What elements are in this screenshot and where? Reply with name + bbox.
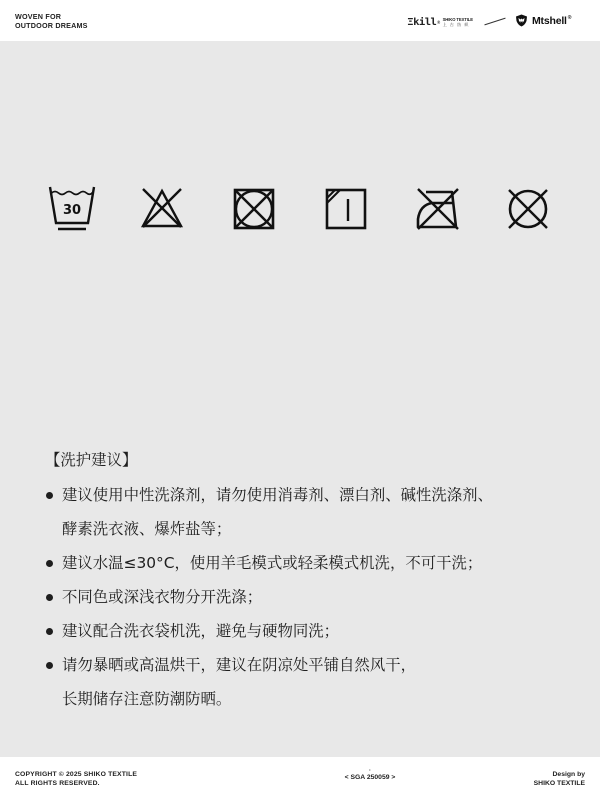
tagline-line-1: WOVEN FOR bbox=[15, 12, 88, 21]
brand-divider-slash bbox=[484, 18, 505, 26]
product-code-text: < SGA 250059 > bbox=[330, 774, 410, 782]
svg-text:30: 30 bbox=[63, 203, 81, 218]
care-line: 不同色或深浅衣物分开洗涤； bbox=[62, 587, 565, 621]
registered-mark: ® bbox=[568, 15, 571, 21]
bullet-icon bbox=[46, 662, 53, 669]
list-item: 建议水温≤30°C，使用羊毛模式或轻柔模式机洗，不可干洗； bbox=[45, 553, 565, 587]
bullet-icon bbox=[46, 560, 53, 567]
shiko-textile-logo: Ξkill ® SHIKO TEXTILE 上 古 纺 织 bbox=[408, 15, 473, 29]
design-line-1: Design by bbox=[534, 771, 585, 780]
care-line: 建议水温≤30°C，使用羊毛模式或轻柔模式机洗，不可干洗； bbox=[62, 553, 565, 587]
design-line-2: SHIKO TEXTILE bbox=[534, 780, 585, 789]
do-not-bleach-icon bbox=[138, 185, 186, 233]
mtshell-name: Mtshell® bbox=[532, 15, 571, 27]
copyright: COPYRIGHT © 2025 SHIKO TEXTILE ALL RIGHT… bbox=[15, 771, 137, 788]
product-code: · < SGA 250059 > bbox=[340, 769, 400, 782]
care-line: 建议使用中性洗涤剂，请勿使用消毒剂、漂白剂、碱性洗涤剂、 bbox=[62, 485, 565, 519]
list-item: 不同色或深浅衣物分开洗涤； bbox=[45, 587, 565, 621]
copyright-line-2: ALL RIGHTS RESERVED. bbox=[15, 780, 137, 789]
tagline: WOVEN FOR OUTDOOR DREAMS bbox=[15, 12, 88, 30]
care-symbols-row: 30 bbox=[0, 185, 600, 235]
do-not-dry-clean-icon bbox=[504, 185, 552, 233]
bullet-icon bbox=[46, 594, 53, 601]
mtshell-logo: Mtshell® bbox=[515, 14, 571, 27]
wash-30-icon: 30 bbox=[48, 185, 96, 233]
care-line: 酵素洗衣液、爆炸盐等； bbox=[62, 519, 565, 553]
care-title: 【洗护建议】 bbox=[45, 450, 137, 470]
care-line: 长期储存注意防潮防晒。 bbox=[62, 689, 565, 723]
footer: COPYRIGHT © 2025 SHIKO TEXTILE ALL RIGHT… bbox=[0, 757, 600, 799]
registered-mark: ® bbox=[437, 20, 441, 25]
copyright-line-1: COPYRIGHT © 2025 SHIKO TEXTILE bbox=[15, 771, 137, 780]
list-item: 建议配合洗衣袋机洗，避免与硬物同洗； bbox=[45, 621, 565, 655]
list-item: 建议使用中性洗涤剂，请勿使用消毒剂、漂白剂、碱性洗涤剂、 酵素洗衣液、爆炸盐等； bbox=[45, 485, 565, 553]
do-not-iron-icon bbox=[414, 185, 462, 233]
shiko-name-cn: 上 古 纺 织 bbox=[443, 22, 473, 27]
bullet-icon bbox=[46, 628, 53, 635]
header: WOVEN FOR OUTDOOR DREAMS Ξkill ® SHIKO T… bbox=[0, 0, 600, 41]
do-not-tumble-dry-icon bbox=[230, 185, 278, 233]
design-credit: Design by SHIKO TEXTILE bbox=[534, 771, 585, 788]
care-line: 请勿暴晒或高温烘干，建议在阴凉处平铺自然风干， bbox=[62, 655, 565, 689]
line-dry-in-shade-icon bbox=[322, 185, 370, 233]
tagline-line-2: OUTDOOR DREAMS bbox=[15, 21, 88, 30]
care-list: 建议使用中性洗涤剂，请勿使用消毒剂、漂白剂、碱性洗涤剂、 酵素洗衣液、爆炸盐等；… bbox=[45, 485, 565, 723]
shiko-logo-text: SHIKO TEXTILE 上 古 纺 织 bbox=[443, 17, 473, 27]
shield-helmet-icon bbox=[515, 14, 528, 27]
care-line: 建议配合洗衣袋机洗，避免与硬物同洗； bbox=[62, 621, 565, 655]
list-item: 请勿暴晒或高温烘干，建议在阴凉处平铺自然风干， 长期储存注意防潮防晒。 bbox=[45, 655, 565, 723]
bullet-icon bbox=[46, 492, 53, 499]
shiko-logo-mark: Ξkill bbox=[407, 17, 436, 28]
